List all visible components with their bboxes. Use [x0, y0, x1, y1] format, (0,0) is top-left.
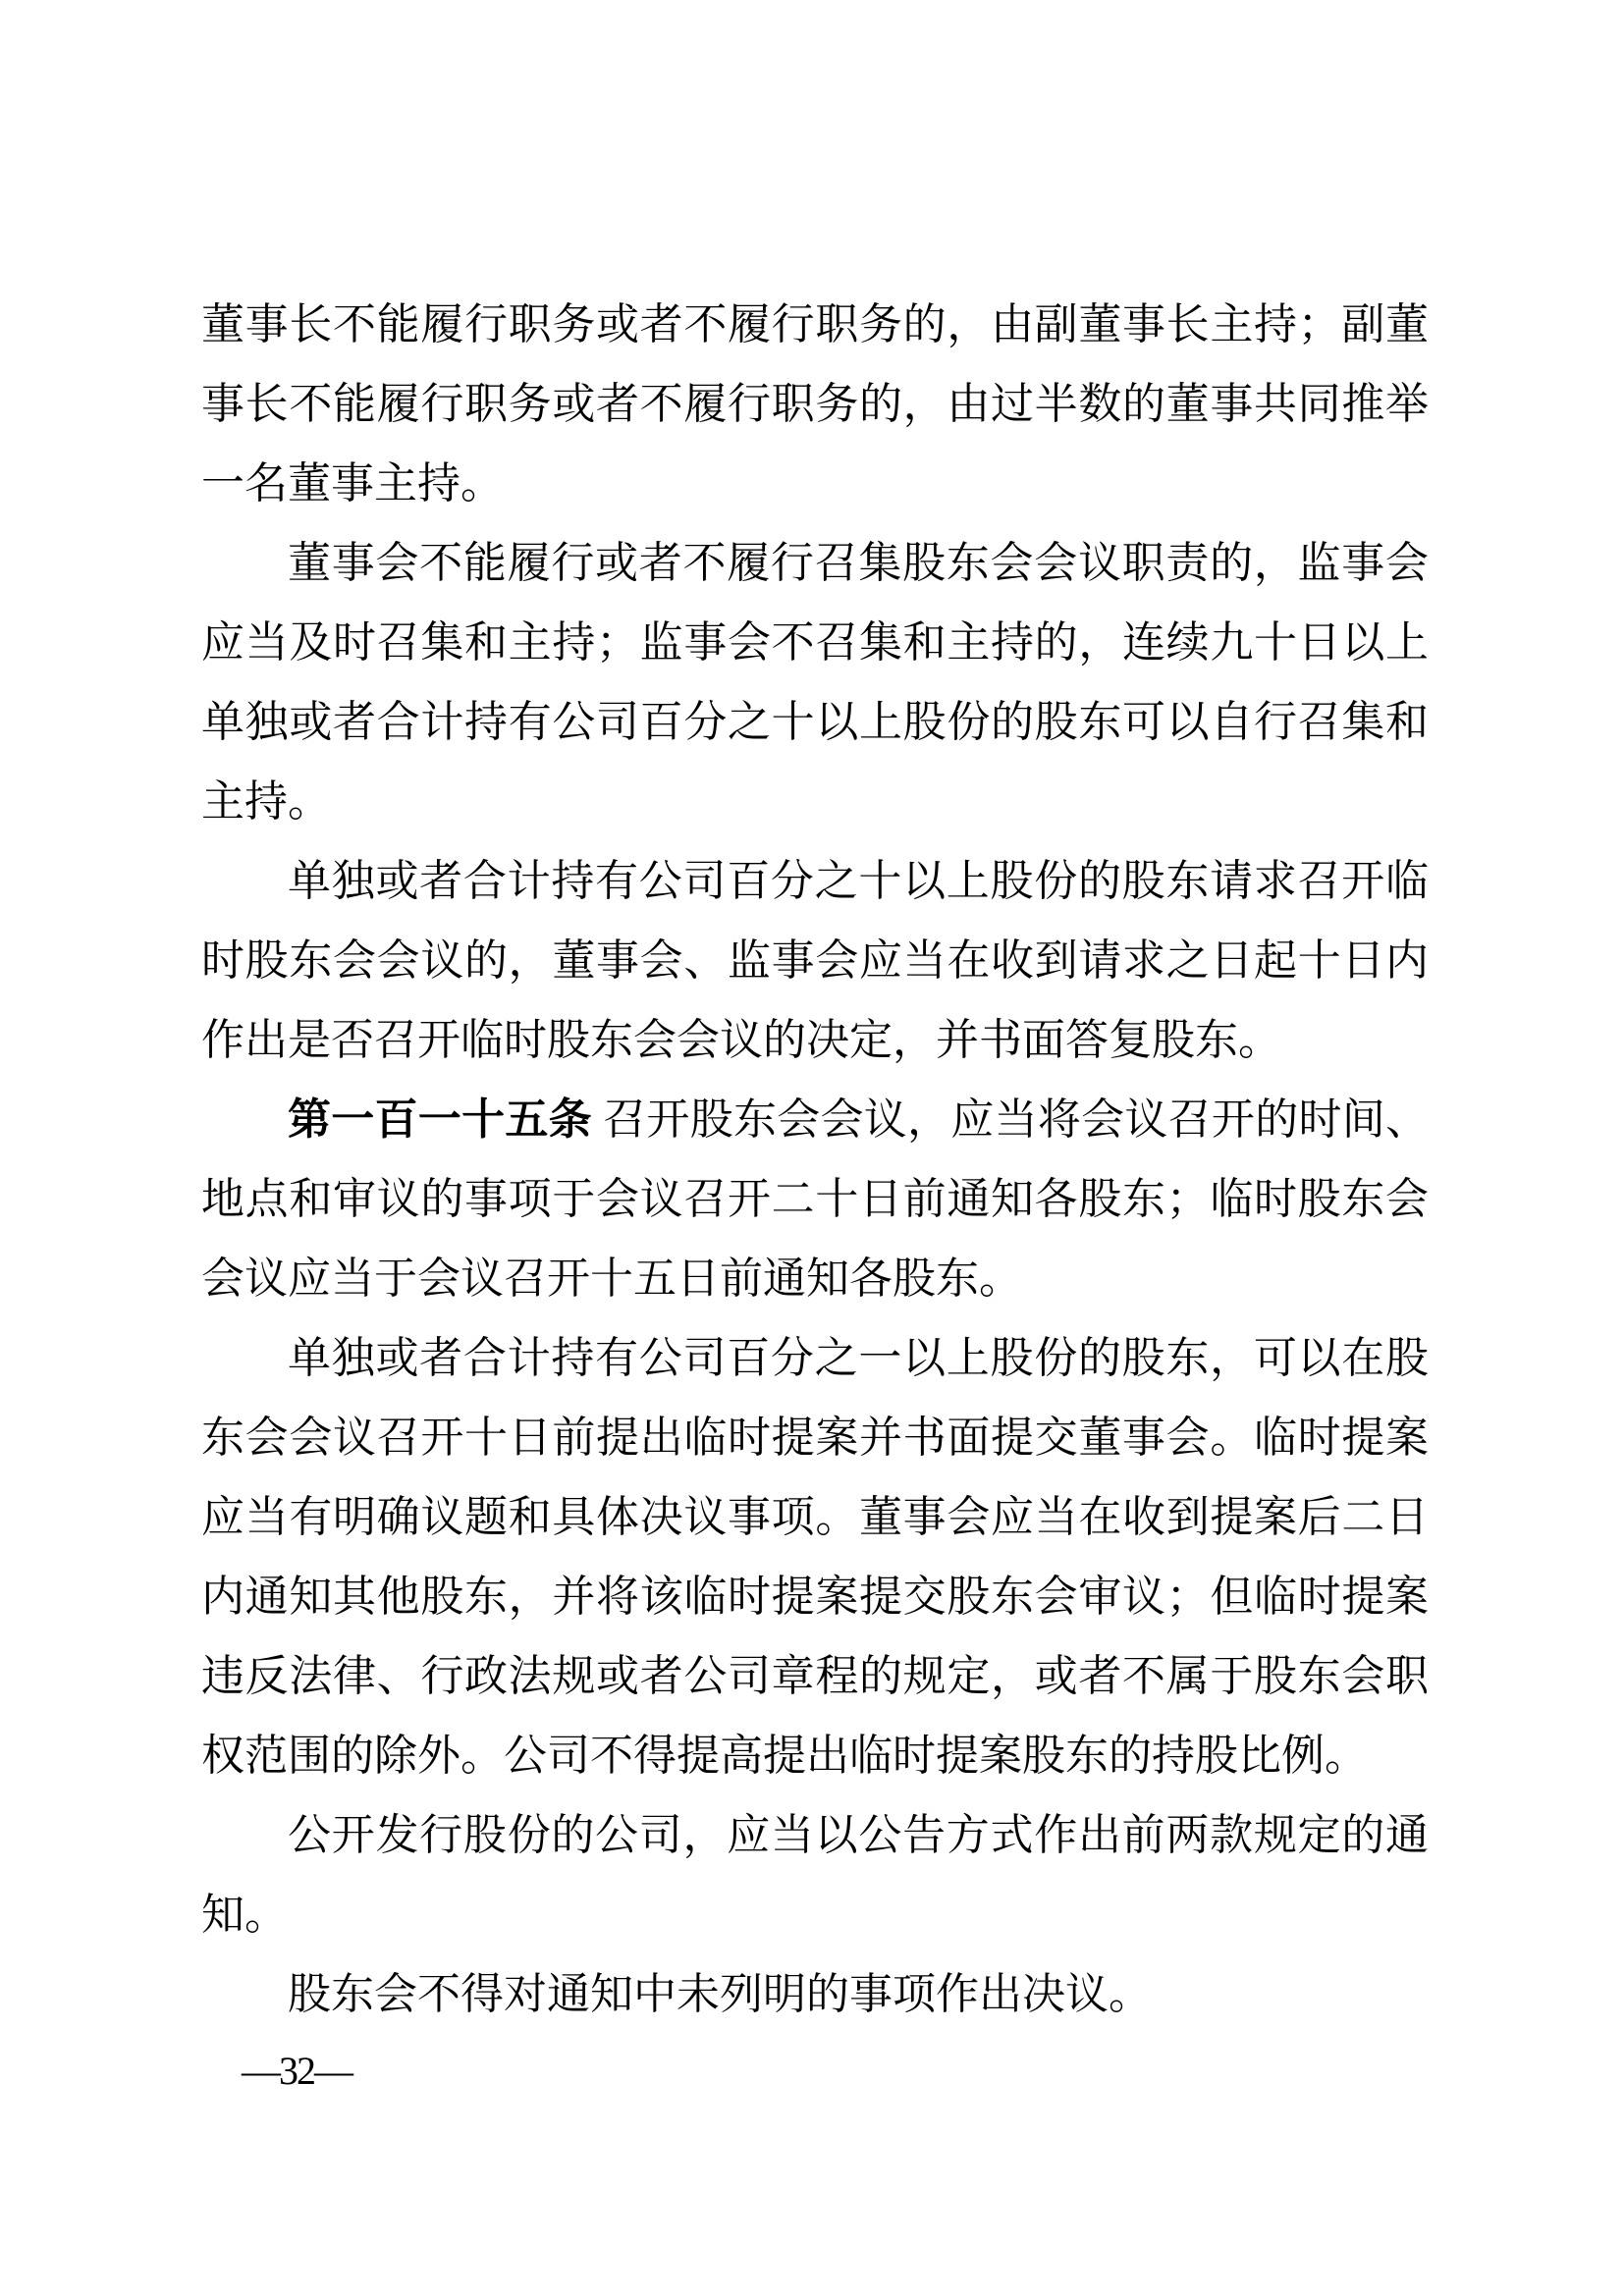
paragraph-7: 股东会不得对通知中未列明的事项作出决议。	[201, 1954, 1429, 2034]
page-number: —32—	[242, 2050, 352, 2093]
article-115-number: 第一百一十五条	[288, 1095, 592, 1144]
paragraph-1: 董事长不能履行职务或者不履行职务的，由副董事长主持；副董事长不能履行职务或者不履…	[201, 285, 1429, 523]
paragraph-7-text: 股东会不得对通知中未列明的事项作出决议。	[288, 1970, 1152, 2018]
paragraph-2-text: 董事会不能履行或者不履行召集股东会会议职责的，监事会应当及时召集和主持；监事会不…	[201, 539, 1429, 826]
paragraph-article-115: 第一百一十五条 召开股东会会议，应当将会议召开的时间、地点和审议的事项于会议召开…	[201, 1080, 1429, 1318]
document-page: 董事长不能履行职务或者不履行职务的，由副董事长主持；副董事长不能履行职务或者不履…	[0, 0, 1624, 2296]
paragraph-3: 单独或者合计持有公司百分之十以上股份的股东请求召开临时股东会会议的，董事会、监事…	[201, 841, 1429, 1080]
paragraph-2: 董事会不能履行或者不履行召集股东会会议职责的，监事会应当及时召集和主持；监事会不…	[201, 523, 1429, 841]
text-block: 董事长不能履行职务或者不履行职务的，由副董事长主持；副董事长不能履行职务或者不履…	[201, 285, 1429, 2034]
paragraph-6-text: 公开发行股份的公司，应当以公告方式作出前两款规定的通知。	[201, 1811, 1429, 1939]
paragraph-1-text: 董事长不能履行职务或者不履行职务的，由副董事长主持；副董事长不能履行职务或者不履…	[201, 300, 1429, 507]
paragraph-3-text: 单独或者合计持有公司百分之十以上股份的股东请求召开临时股东会会议的，董事会、监事…	[201, 857, 1429, 1064]
paragraph-6: 公开发行股份的公司，应当以公告方式作出前两款规定的通知。	[201, 1795, 1429, 1954]
paragraph-5: 单独或者合计持有公司百分之一以上股份的股东，可以在股东会会议召开十日前提出临时提…	[201, 1318, 1429, 1795]
paragraph-5-text: 单独或者合计持有公司百分之一以上股份的股东，可以在股东会会议召开十日前提出临时提…	[201, 1334, 1429, 1780]
